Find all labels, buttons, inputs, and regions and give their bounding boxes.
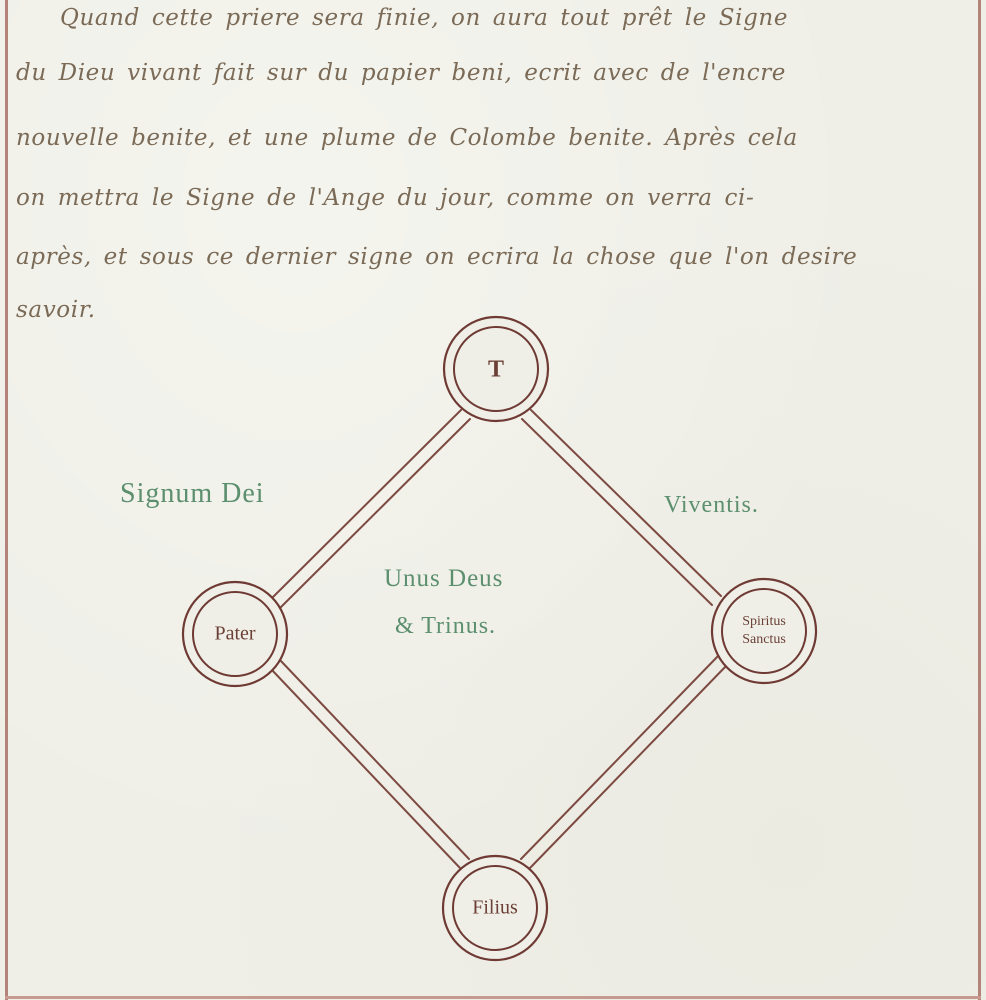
node-bottom-label: Filius — [472, 897, 518, 920]
node-left-label: Pater — [214, 623, 255, 646]
caption-viventis: Viventis. — [664, 492, 759, 519]
node-right-label-line2: Sanctus — [742, 631, 786, 649]
caption-signum-dei: Signum Dei — [120, 478, 265, 510]
node-right-label-line1: Spiritus — [742, 613, 786, 631]
signum-dei-diagram: T Pater Spiritus Sanctus Filius Signum D… — [0, 0, 986, 1000]
node-right-label: Spiritus Sanctus — [742, 613, 786, 649]
center-text-trinus: & Trinus. — [395, 613, 496, 640]
center-text-unus-deus: Unus Deus — [384, 565, 503, 593]
manuscript-page: Quand cette priere sera finie, on aura t… — [0, 0, 986, 1000]
node-top-label: T — [488, 357, 504, 384]
